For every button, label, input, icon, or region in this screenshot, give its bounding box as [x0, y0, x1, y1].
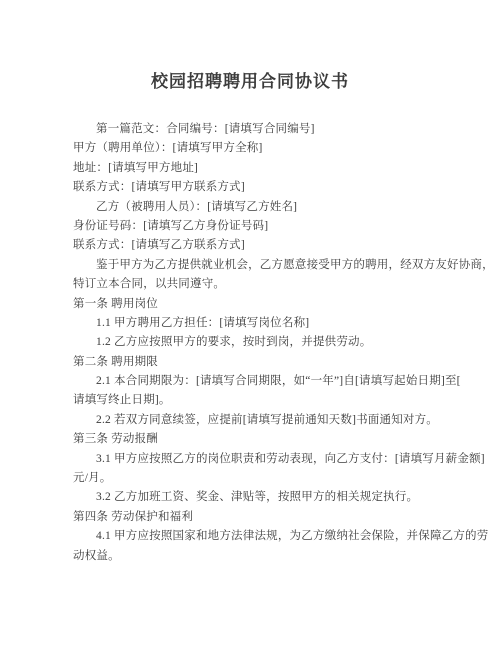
text-line: 第三条 劳动报酬: [73, 430, 480, 449]
page: 校园招聘聘用合同协议书 第一篇范文：合同编号：[请填写合同编号]甲方（聘用单位）…: [0, 0, 500, 647]
text-line: 请填写终止日期]。: [73, 391, 480, 410]
text-line: 2.2 若双方同意续签，应提前[请填写提前通知天数]书面通知对方。: [73, 411, 480, 430]
text-line: 甲方（聘用单位）：[请填写甲方全称]: [73, 139, 480, 158]
text-line: 元/月。: [73, 469, 480, 488]
text-line: 1.1 甲方聘用乙方担任：[请填写岗位名称]: [73, 314, 480, 333]
text-line: 第二条 聘用期限: [73, 353, 480, 372]
text-line: 第四条 劳动保护和福利: [73, 508, 480, 527]
text-line: 2.1 本合同期限为：[请填写合同期限，如“一年”]自[请填写起始日期]至[: [73, 372, 480, 391]
text-line: 动权益。: [73, 547, 480, 566]
text-line: 身份证号码：[请填写乙方身份证号码]: [73, 217, 480, 236]
text-line: 联系方式：[请填写甲方联系方式]: [73, 178, 480, 197]
text-line: 特订立本合同，以共同遵守。: [73, 275, 480, 294]
text-line: 地址：[请填写甲方地址]: [73, 159, 480, 178]
text-line: 3.1 甲方应按照乙方的岗位职责和劳动表现，向乙方支付：[请填写月薪金额]: [73, 450, 480, 469]
text-line: 鉴于甲方为乙方提供就业机会，乙方愿意接受甲方的聘用，经双方友好协商，: [73, 256, 480, 275]
text-line: 乙方（被聘用人员）：[请填写乙方姓名]: [73, 198, 480, 217]
text-line: 联系方式：[请填写乙方联系方式]: [73, 236, 480, 255]
text-line: 1.2 乙方应按照甲方的要求，按时到岗，并提供劳动。: [73, 333, 480, 352]
text-line: 第一条 聘用岗位: [73, 295, 480, 314]
text-line: 4.1 甲方应按照国家和地方法律法规，为乙方缴纳社会保险，并保障乙方的劳: [73, 527, 480, 546]
document-title: 校园招聘聘用合同协议书: [0, 70, 500, 94]
text-line: 3.2 乙方加班工资、奖金、津贴等，按照甲方的相关规定执行。: [73, 488, 480, 507]
document-body: 第一篇范文：合同编号：[请填写合同编号]甲方（聘用单位）：[请填写甲方全称]地址…: [73, 120, 480, 566]
text-line: 第一篇范文：合同编号：[请填写合同编号]: [73, 120, 480, 139]
